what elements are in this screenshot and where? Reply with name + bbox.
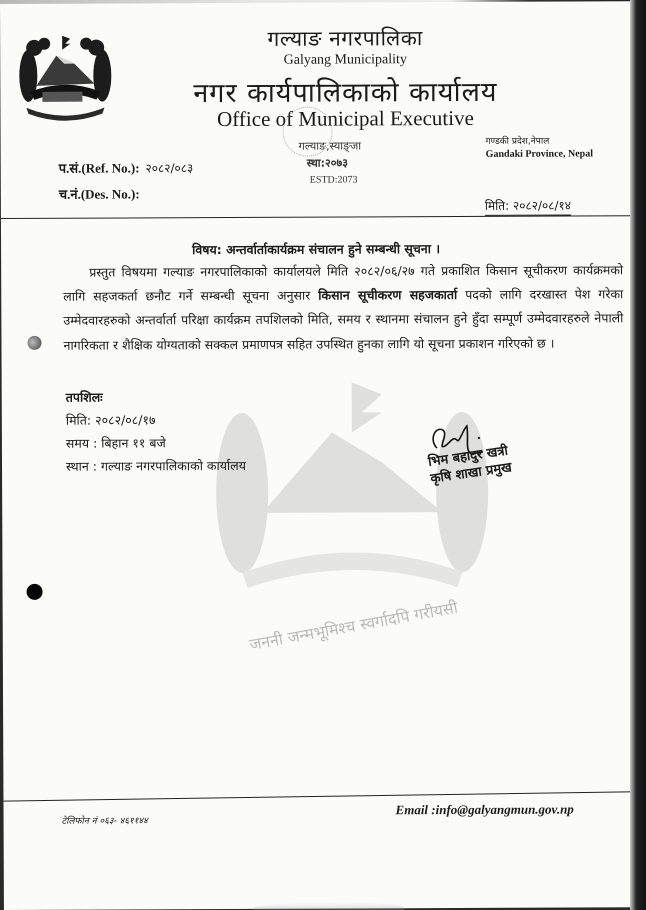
notice-body-position: किसान सूचीकरण सहजकार्ता	[318, 287, 457, 303]
dispatch-number: च.नं.(Des. No.):	[59, 184, 146, 202]
interview-place: स्थान : गल्याङ नगरपालिकाको कार्यालय	[66, 454, 246, 478]
province-nepali: गण्डकी प्रदेश,नेपाल	[486, 134, 550, 147]
office-name-english: Office of Municipal Executive	[160, 106, 530, 133]
municipality-name-nepali: गल्याङ नगरपालिका	[160, 24, 530, 54]
document-date: मिति: २०८२/०८/१४	[485, 197, 571, 216]
stamp-established-nepali: स्था:२०७३	[307, 155, 348, 170]
header-divider	[1, 215, 633, 219]
stamp-established-english: ESTD:2073	[310, 174, 358, 185]
interview-date: मिति: २०८२/०८/१७	[66, 408, 246, 432]
scan-right-edge-shadow	[630, 0, 646, 910]
document-page: गल्याङ नगरपालिका Galyang Municipality नग…	[0, 1, 634, 910]
footer-phone: टेलिफोन नं ०६३- ४६११४४	[62, 813, 148, 826]
nepal-emblem-icon	[12, 33, 118, 123]
province-english: Gandaki Province, Nepal	[486, 148, 593, 159]
notice-subject: विषय: अन्तर्वार्ताकार्यक्रम संचालन हुने …	[1, 239, 631, 259]
stamp-location: गल्याङ,स्याङ्जा	[299, 138, 362, 153]
footer-email: Email :info@galyangmun.gov.np	[395, 802, 573, 819]
punch-hole-mark	[25, 333, 44, 352]
reference-number-label: प.सं.(Ref. No.):	[59, 160, 140, 175]
reference-number-value: २०८२/०८३	[145, 161, 193, 175]
reference-number: प.सं.(Ref. No.):२०८२/०८३	[59, 158, 194, 177]
details-heading: तपशिलः	[66, 385, 246, 409]
footer-divider	[4, 791, 636, 801]
office-name-nepali: नगर कार्यपालिकाको कार्यालय	[160, 72, 530, 111]
interview-details: तपशिलः मिति: २०८२/०८/१७ समय : बिहान ११ ब…	[66, 385, 246, 478]
interview-time: समय : बिहान ११ बजे	[66, 431, 246, 455]
municipality-name-english: Galyang Municipality	[160, 52, 530, 70]
dispatch-number-label: च.नं.(Des. No.):	[59, 186, 140, 201]
notice-body: प्रस्तुत विषयमा गल्याङ नगरपालिकाको कार्य…	[63, 258, 623, 357]
ink-dot-mark	[27, 584, 43, 600]
scan-smudge	[254, 902, 404, 910]
